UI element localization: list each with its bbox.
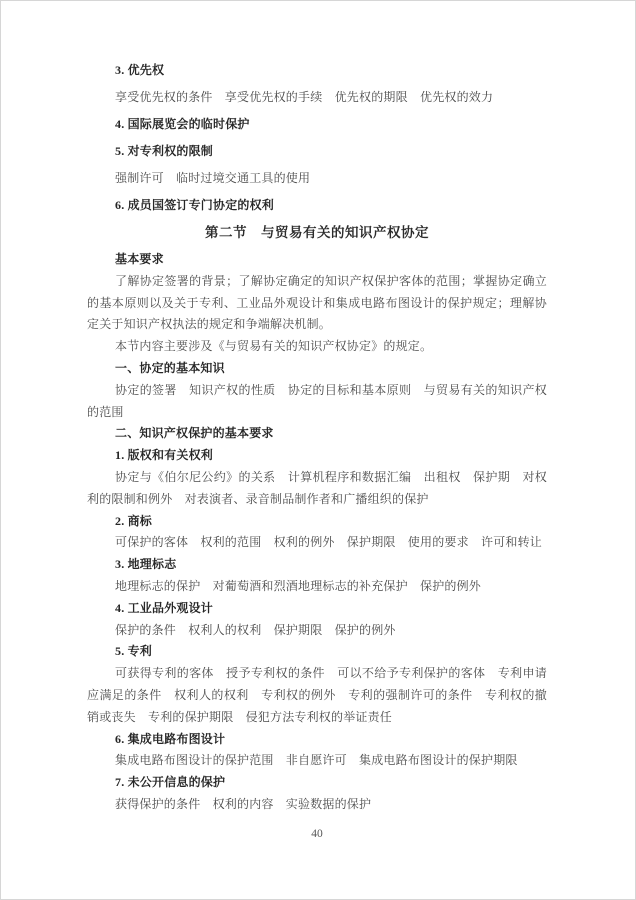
syllabus-heading: 6. 集成电路布图设计: [87, 729, 547, 751]
syllabus-heading: 2. 商标: [87, 511, 547, 533]
syllabus-topic-line: 了解协定签署的背景；了解协定确定的知识产权保护客体的范围；掌握协定确立的基本原则…: [87, 271, 547, 336]
syllabus-heading: 4. 工业品外观设计: [87, 598, 547, 620]
syllabus-heading: 4. 国际展览会的临时保护: [87, 111, 547, 138]
syllabus-topic-line: 强制许可 临时过境交通工具的使用: [87, 165, 547, 192]
syllabus-heading: 3. 优先权: [87, 57, 547, 84]
syllabus-section-top: 3. 优先权 享受优先权的条件 享受优先权的手续 优先权的期限 优先权的效力 4…: [87, 57, 547, 219]
section-title: 第二节 与贸易有关的知识产权协定: [87, 221, 547, 245]
syllabus-heading: 一、协定的基本知识: [87, 358, 547, 380]
syllabus-topic-line: 协定与《伯尔尼公约》的关系 计算机程序和数据汇编 出租权 保护期 对权利的限制和…: [87, 467, 547, 511]
document-page: 3. 优先权 享受优先权的条件 享受优先权的手续 优先权的期限 优先权的效力 4…: [0, 0, 636, 900]
page-content: 3. 优先权 享受优先权的条件 享受优先权的手续 优先权的期限 优先权的效力 4…: [87, 57, 547, 840]
syllabus-heading: 二、知识产权保护的基本要求: [87, 423, 547, 445]
syllabus-topic-line: 可保护的客体 权利的范围 权利的例外 保护期限 使用的要求 许可和转让: [87, 532, 547, 554]
syllabus-heading: 3. 地理标志: [87, 554, 547, 576]
syllabus-topic-line: 协定的签署 知识产权的性质 协定的目标和基本原则 与贸易有关的知识产权的范围: [87, 380, 547, 424]
page-number: 40: [87, 828, 547, 840]
syllabus-heading: 1. 版权和有关权利: [87, 445, 547, 467]
syllabus-section-main: 基本要求 了解协定签署的背景；了解协定确定的知识产权保护客体的范围；掌握协定确立…: [87, 249, 547, 816]
syllabus-topic-line: 集成电路布图设计的保护范围 非自愿许可 集成电路布图设计的保护期限: [87, 750, 547, 772]
syllabus-topic-line: 本节内容主要涉及《与贸易有关的知识产权协定》的规定。: [87, 336, 547, 358]
syllabus-topic-line: 获得保护的条件 权利的内容 实验数据的保护: [87, 794, 547, 816]
syllabus-topic-line: 保护的条件 权利人的权利 保护期限 保护的例外: [87, 620, 547, 642]
syllabus-heading: 7. 未公开信息的保护: [87, 772, 547, 794]
syllabus-topic-line: 可获得专利的客体 授予专利权的条件 可以不给予专利保护的客体 专利申请应满足的条…: [87, 663, 547, 728]
syllabus-heading: 5. 专利: [87, 641, 547, 663]
syllabus-heading: 基本要求: [87, 249, 547, 271]
syllabus-heading: 6. 成员国签订专门协定的权利: [87, 192, 547, 219]
syllabus-heading: 5. 对专利权的限制: [87, 138, 547, 165]
syllabus-topic-line: 地理标志的保护 对葡萄酒和烈酒地理标志的补充保护 保护的例外: [87, 576, 547, 598]
syllabus-topic-line: 享受优先权的条件 享受优先权的手续 优先权的期限 优先权的效力: [87, 84, 547, 111]
